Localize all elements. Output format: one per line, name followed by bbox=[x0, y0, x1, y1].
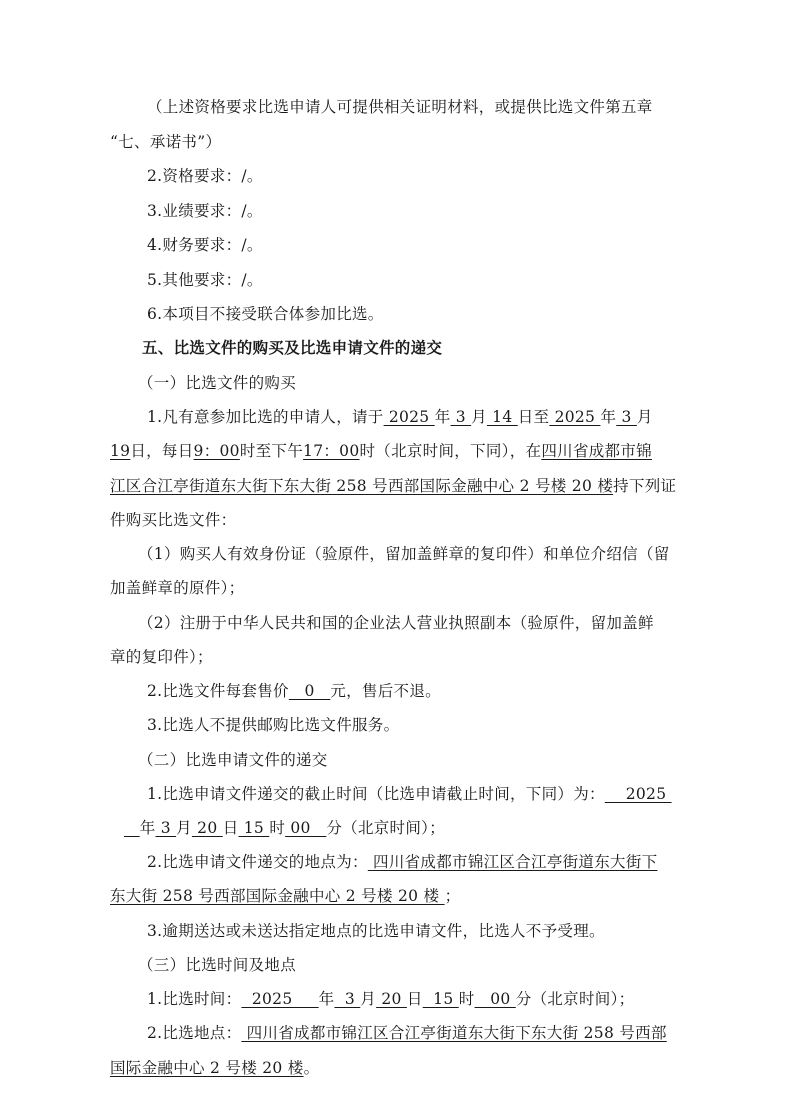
no-mail-order: 3.比选人不提供邮购比选文件服务。 bbox=[147, 715, 692, 735]
selection-location-line2: 国际金融中心 2 号楼 20 楼。 bbox=[110, 1058, 655, 1078]
document-page: （上述资格要求比选申请人可提供相关证明材料，或提供比选文件第五章 “七、承诺书”… bbox=[0, 0, 800, 1101]
deadline-line1: 1.比选申请文件递交的截止时间（比选申请截止时间，下同）为： 2025 bbox=[147, 784, 692, 804]
price-value: 0 bbox=[289, 682, 331, 700]
req-finance: 4.财务要求：/。 bbox=[147, 235, 692, 255]
selection-day: 20 bbox=[376, 990, 407, 1008]
deadline-day: 20 bbox=[192, 819, 223, 837]
deadline-month: 3 bbox=[156, 819, 177, 837]
subsection-3-heading: （三）比选时间及地点 bbox=[138, 955, 683, 975]
selection-hour: 15 bbox=[423, 990, 459, 1008]
selection-location-line1: 2.比选地点： 四川省成都市锦江区合江亭街道东大街下东大街 258 号西部 bbox=[147, 1023, 692, 1043]
qualification-note-line1: （上述资格要求比选申请人可提供相关证明材料，或提供比选文件第五章 bbox=[147, 97, 692, 117]
purchase-period-line2: 19日，每日9：00时至下午17：00时（北京时间，下同），在四川省成都市锦 bbox=[110, 441, 655, 461]
req-performance: 3.业绩要求：/。 bbox=[147, 201, 692, 221]
purchase-cert-intro: 件购买比选文件： bbox=[110, 510, 655, 530]
end-time: 17：00 bbox=[303, 442, 359, 460]
start-time: 9：00 bbox=[194, 442, 240, 460]
cert-2-line2: 章的复印件）； bbox=[110, 647, 655, 667]
start-month: 3 bbox=[451, 408, 472, 426]
deadline-year: 2025 bbox=[605, 785, 672, 803]
deadline-line2: 年 3 月 20 日 15 时 00 分（北京时间）； bbox=[124, 818, 669, 838]
deadline-hour: 15 bbox=[239, 819, 270, 837]
subsection-2-heading: （二）比选申请文件的递交 bbox=[138, 750, 683, 770]
end-day: 19 bbox=[110, 442, 130, 460]
start-year: 2025 bbox=[384, 408, 435, 426]
selection-minute: 00 bbox=[475, 990, 516, 1008]
selection-time-line: 1.比选时间： 2025 年 3 月 20 日 15 时 00 分（北京时间）； bbox=[147, 989, 692, 1009]
subsection-1-heading: （一）比选文件的购买 bbox=[138, 373, 683, 393]
end-year: 2025 bbox=[549, 408, 600, 426]
submission-address-part2: 东大街 258 号西部国际金融中心 2 号楼 20 楼 bbox=[110, 887, 445, 905]
purchase-period-line1: 1.凡有意参加比选的申请人，请于 2025 年 3 月 14 日至 2025 年… bbox=[147, 407, 692, 427]
purchase-address-line: 江区合江亭街道东大街下东大街 258 号西部国际金融中心 2 号楼 20 楼持下… bbox=[110, 476, 655, 496]
submission-location-line2: 东大街 258 号西部国际金融中心 2 号楼 20 楼 ； bbox=[110, 886, 655, 906]
selection-address-part1: 四川省成都市锦江区合江亭街道东大街下东大街 258 号西部 bbox=[241, 1024, 666, 1042]
submission-location-line1: 2.比选申请文件递交的地点为： 四川省成都市锦江区合江亭街道东大街下 bbox=[147, 852, 692, 872]
purchase-address-part2: 江区合江亭街道东大街下东大街 258 号西部国际金融中心 2 号楼 20 楼 bbox=[110, 477, 613, 495]
no-consortium: 6.本项目不接受联合体参加比选。 bbox=[147, 304, 692, 324]
deadline-minute: 00 bbox=[285, 819, 326, 837]
cert-2-line1: （2）注册于中华人民共和国的企业法人营业执照副本（验原件，留加盖鲜 bbox=[138, 613, 683, 633]
submission-address-part1: 四川省成都市锦江区合江亭街道东大街下 bbox=[368, 853, 658, 871]
late-submission-rule: 3.逾期送达或未送达指定地点的比选申请文件，比选人不予受理。 bbox=[147, 921, 692, 941]
section-5-heading: 五、比选文件的购买及比选申请文件的递交 bbox=[142, 338, 687, 358]
start-day: 14 bbox=[487, 408, 518, 426]
cert-1-line2: 加盖鲜章的原件）； bbox=[110, 578, 655, 598]
purchase-address-part1: 四川省成都市锦 bbox=[541, 442, 652, 460]
selection-year: 2025 bbox=[241, 990, 318, 1008]
selection-address-part2: 国际金融中心 2 号楼 20 楼 bbox=[110, 1059, 304, 1077]
cert-1-line1: （1）购买人有效身份证（验原件，留加盖鲜章的复印件）和单位介绍信（留 bbox=[138, 544, 683, 564]
end-month: 3 bbox=[616, 408, 637, 426]
price-line: 2.比选文件每套售价 0 元，售后不退。 bbox=[147, 681, 692, 701]
selection-month: 3 bbox=[334, 990, 360, 1008]
req-other: 5.其他要求：/。 bbox=[147, 270, 692, 290]
qualification-note-line2: “七、承诺书”） bbox=[110, 132, 655, 152]
req-qualification: 2.资格要求：/。 bbox=[147, 166, 692, 186]
